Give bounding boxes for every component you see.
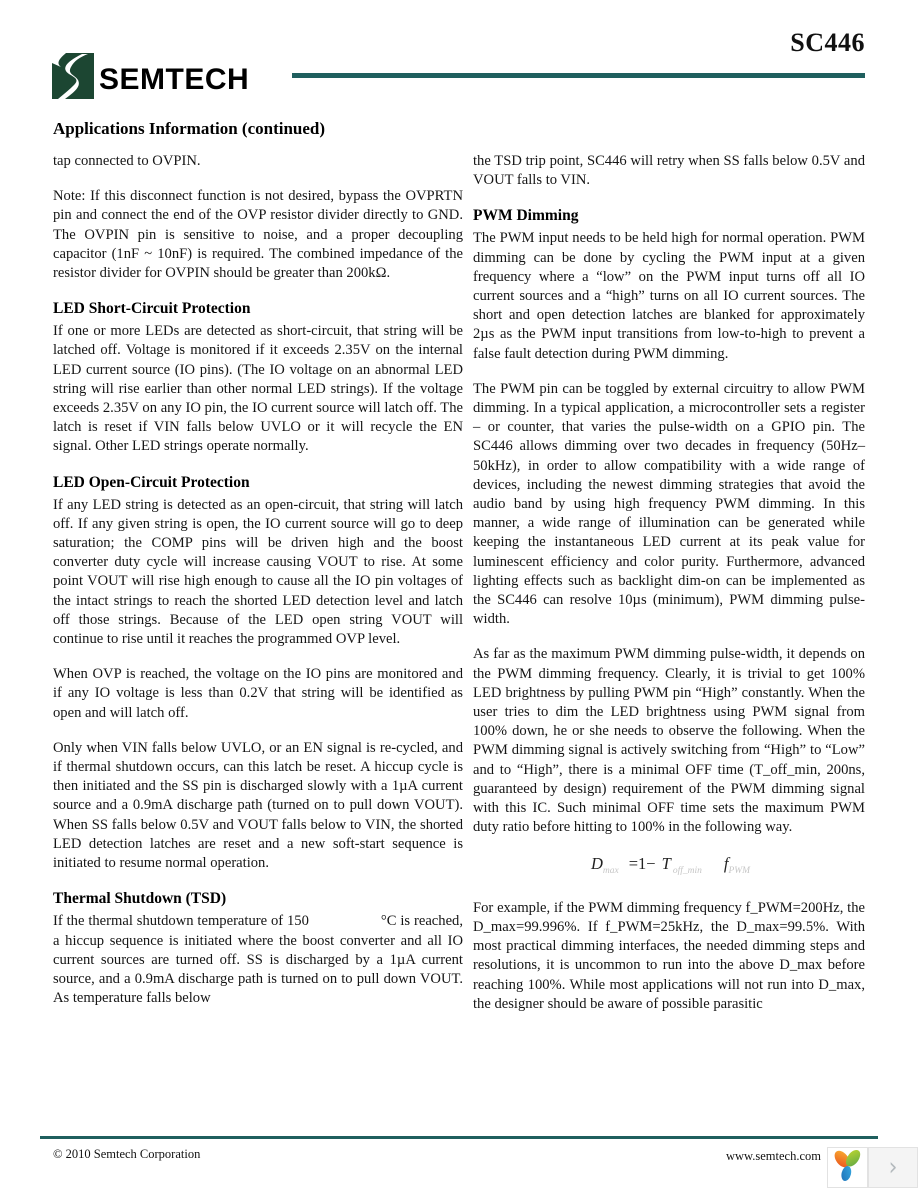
tsd-text-part1: If the thermal shutdown temperature of 1… [53,913,309,929]
paragraph-tap: tap connected to OVPIN. [53,152,463,171]
paragraph-latch-reset: Only when VIN falls below UVLO, or an EN… [53,739,463,873]
paragraph-ovp: When OVP is reached, the voltage on the … [53,665,463,723]
paragraph-short-circuit: If one or more LEDs are detected as shor… [53,322,463,456]
brand-wordmark: SEMTECH [99,63,249,97]
paragraph-example: For example, if the PWM dimming frequenc… [473,899,865,1014]
header-rule [292,73,865,78]
right-column: the TSD trip point, SC446 will retry whe… [473,152,865,1030]
part-number: SC446 [790,28,865,58]
section-heading-led-open-circuit: LED Open-Circuit Protection [53,473,463,492]
section-heading-led-short-circuit: LED Short-Circuit Protection [53,299,463,318]
section-heading-pwm-dimming: PWM Dimming [473,206,865,225]
section-heading-thermal-shutdown: Thermal Shutdown (TSD) [53,889,463,908]
formula-lhs-subscript: max [603,866,619,876]
semtech-logo-icon [52,53,94,99]
formula-term-t-subscript: off_min [673,866,702,876]
website-link[interactable]: www.semtech.com [726,1149,821,1164]
formula-relation: =1− [629,854,656,873]
flower-logo-icon [831,1148,865,1187]
formula-term-f-subscript: PWM [728,866,750,876]
page-title: Applications Information (continued) [53,119,325,139]
next-page-button[interactable]: › [868,1147,918,1188]
paragraph-tsd: If the thermal shutdown temperature of 1… [53,912,463,1008]
paragraph-pwm-1: The PWM input needs to be held high for … [473,229,865,363]
paragraph-pwm-2: The PWM pin can be toggled by external c… [473,380,865,630]
left-column: tap connected to OVPIN. Note: If this di… [53,152,463,1030]
formula-term-t: T [662,854,671,873]
duty-cycle-formula: Dmax=1−Toff_minfPWM [473,854,865,881]
paragraph-pwm-3: As far as the maximum PWM dimming pulse-… [473,645,865,837]
paragraph-tsd-continued: the TSD trip point, SC446 will retry whe… [473,152,865,190]
chevron-right-icon: › [889,1155,898,1180]
content-columns: tap connected to OVPIN. Note: If this di… [53,152,865,1030]
datasheet-page: SEMTECH SC446 Applications Information (… [0,0,918,1188]
footer-logo-button[interactable] [827,1147,868,1188]
formula-lhs: D [591,854,603,873]
paragraph-note: Note: If this disconnect function is not… [53,187,463,283]
footer-rule [40,1136,878,1139]
paragraph-open-circuit: If any LED string is detected as an open… [53,496,463,650]
copyright-text: © 2010 Semtech Corporation [53,1147,200,1162]
